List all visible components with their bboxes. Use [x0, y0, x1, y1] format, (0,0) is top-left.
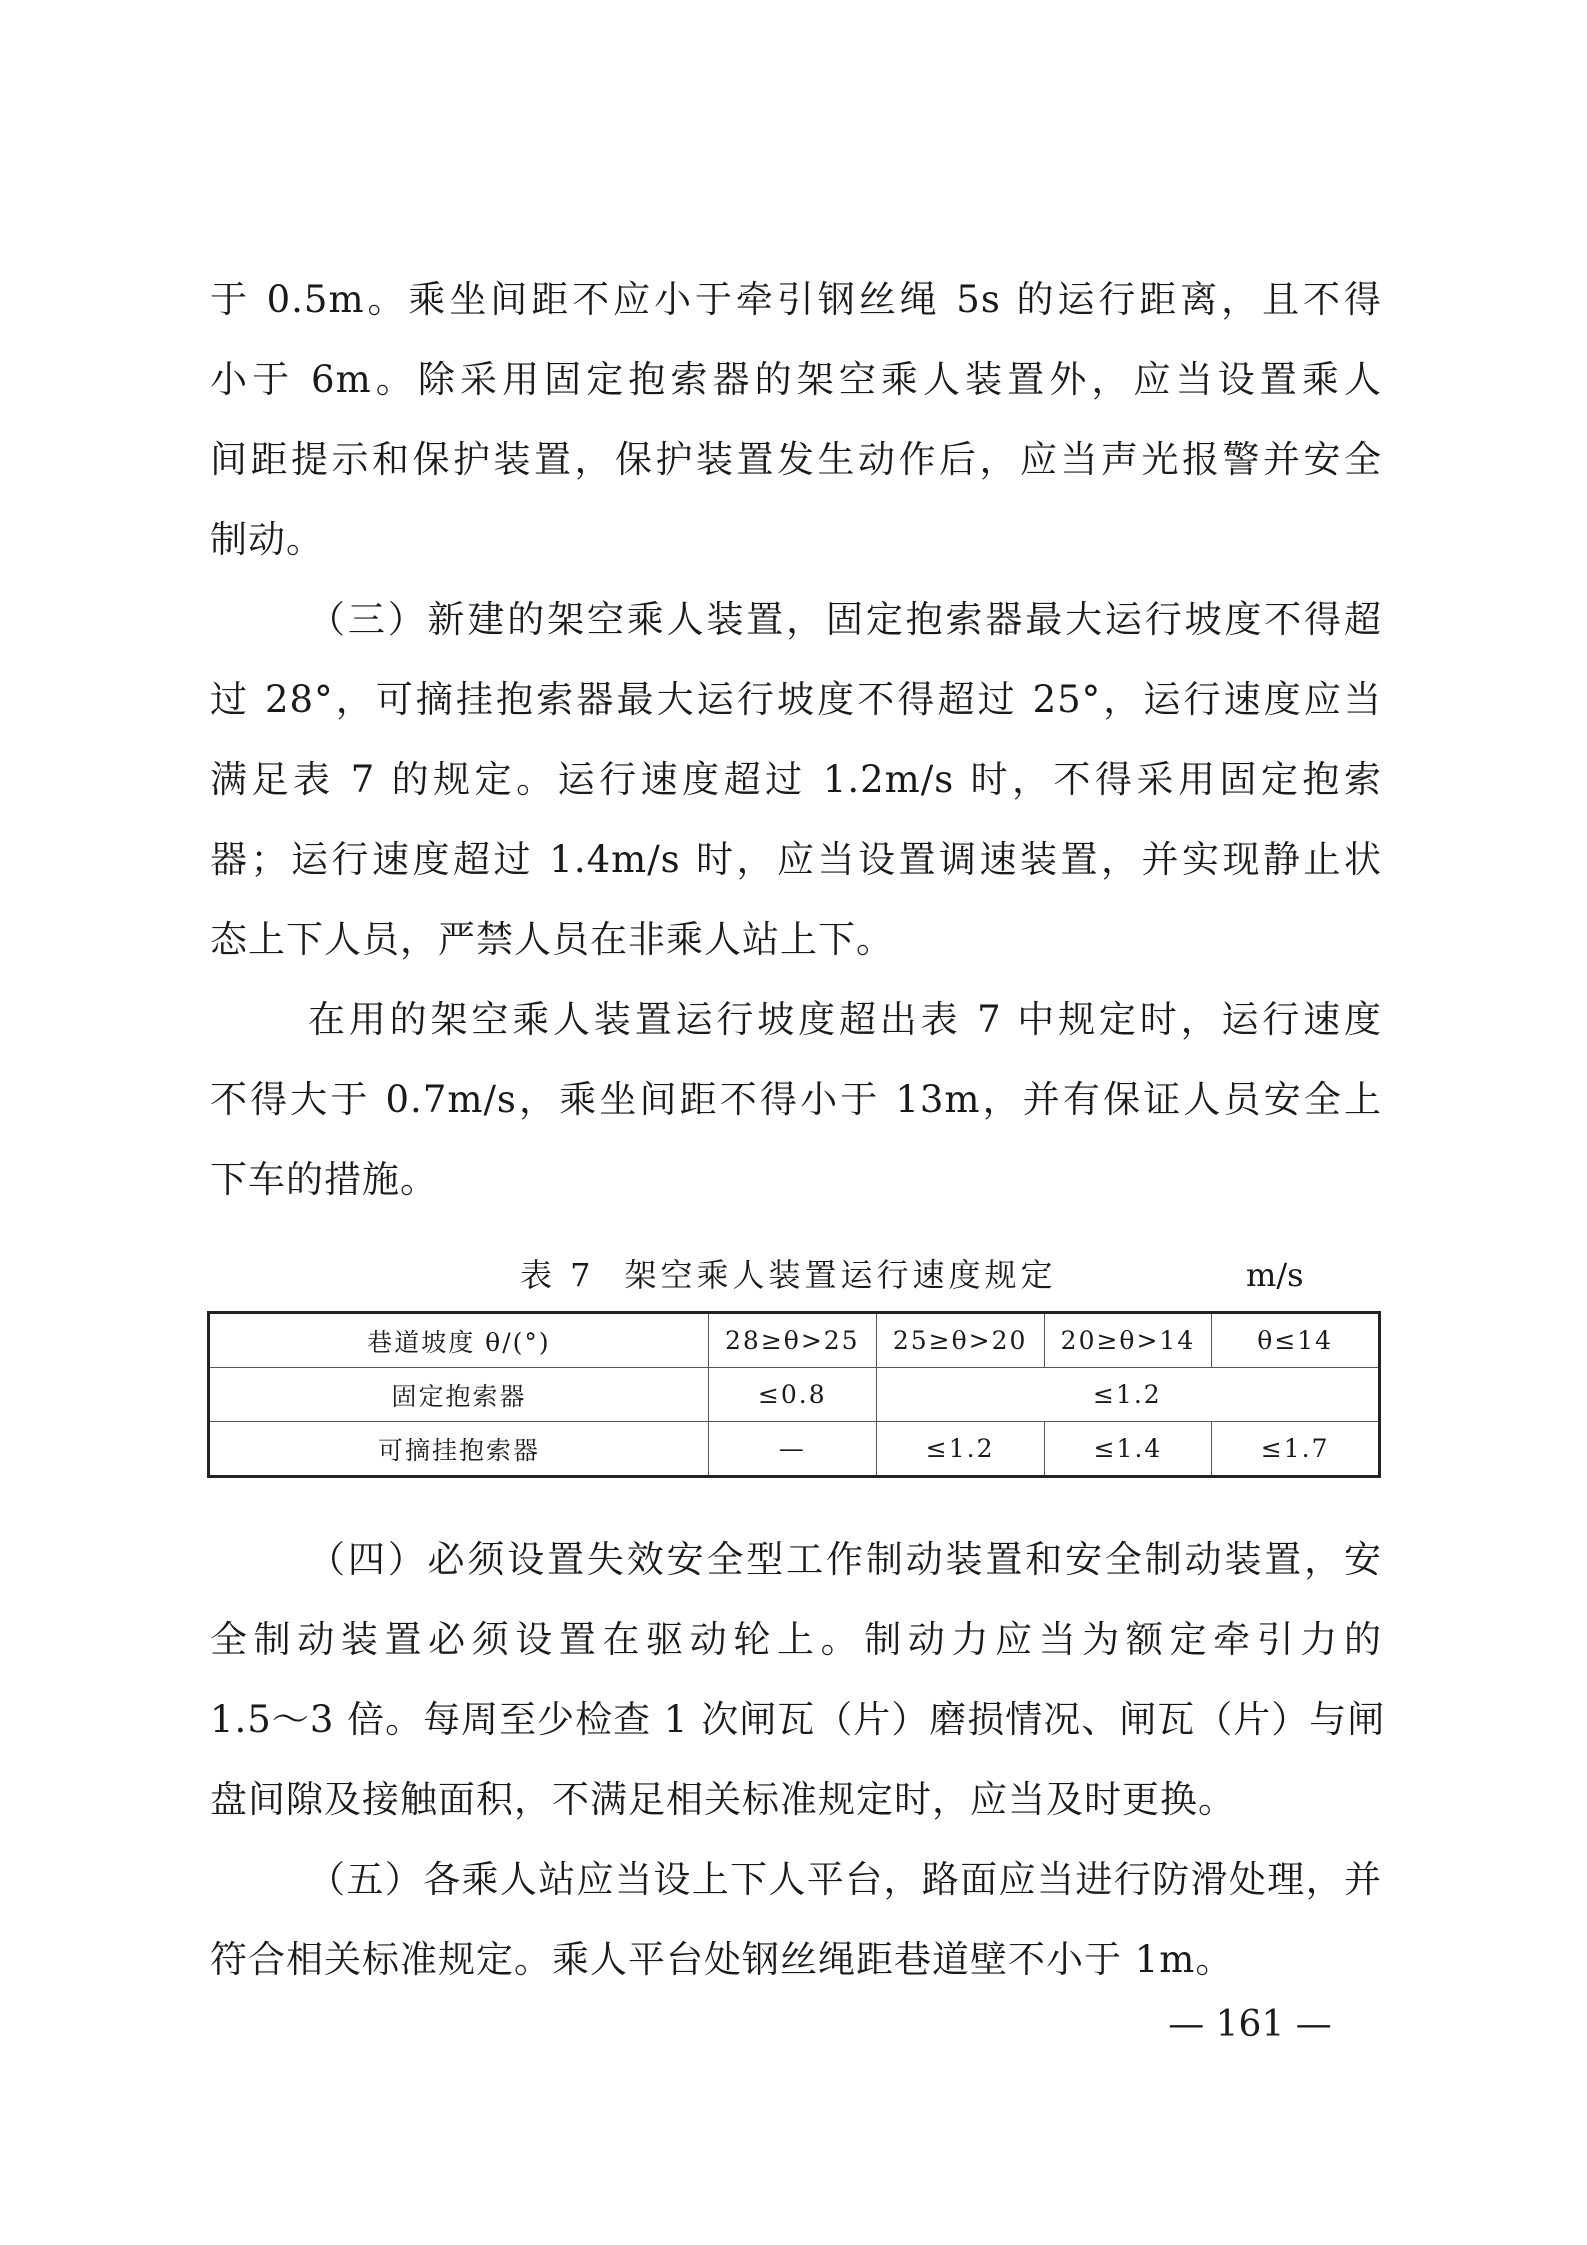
text-line: 制动。 — [210, 518, 324, 562]
table-row-label: 固定抱索器 — [209, 1368, 709, 1422]
table-cell: ≤1.2 — [876, 1368, 1379, 1422]
table-cell: ≤1.4 — [1044, 1422, 1212, 1477]
text-line: 于 0.5m。乘坐间距不应小于牵引钢丝绳 5s 的运行距离，且不得 — [210, 278, 1382, 322]
table-row: 可摘挂抱索器 — ≤1.2 ≤1.4 ≤1.7 — [209, 1422, 1380, 1477]
page-number: — 161 — — [1150, 2005, 1350, 2045]
table-header-row: 巷道坡度 θ/(°) 28≥θ>25 25≥θ>20 20≥θ>14 θ≤14 — [209, 1313, 1380, 1368]
text-line: （三）新建的架空乘人装置，固定抱索器最大运行坡度不得超 — [308, 598, 1382, 642]
text-line: 在用的架空乘人装置运行坡度超出表 7 中规定时，运行速度 — [308, 998, 1382, 1042]
table-cell: ≤1.2 — [876, 1422, 1044, 1477]
text-line: 小于 6m。除采用固定抱索器的架空乘人装置外，应当设置乘人 — [210, 358, 1382, 402]
table-header-cell: 25≥θ>20 — [876, 1313, 1044, 1368]
text-line: 态上下人员，严禁人员在非乘人站上下。 — [210, 918, 894, 962]
text-line: （四）必须设置失效安全型工作制动装置和安全制动装置，安 — [308, 1538, 1382, 1582]
table-cell: ≤0.8 — [708, 1368, 876, 1422]
text-line: 下车的措施。 — [210, 1158, 438, 1202]
text-line: 器；运行速度超过 1.4m/s 时，应当设置调速装置，并实现静止状 — [210, 838, 1382, 882]
text-line: 符合相关标准规定。乘人平台处钢丝绳距巷道壁不小于 1m。 — [210, 1938, 1233, 1982]
table-header-cell: 20≥θ>14 — [1044, 1313, 1212, 1368]
table-unit: m/s — [1246, 1255, 1304, 1295]
table-cell: — — [708, 1422, 876, 1477]
speed-table: 巷道坡度 θ/(°) 28≥θ>25 25≥θ>20 20≥θ>14 θ≤14 … — [207, 1311, 1381, 1478]
text-line: 过 28°，可摘挂抱索器最大运行坡度不得超过 25°，运行速度应当 — [210, 678, 1382, 722]
table-header-cell: 巷道坡度 θ/(°) — [209, 1313, 709, 1368]
table-row-label: 可摘挂抱索器 — [209, 1422, 709, 1477]
text-line: 不得大于 0.7m/s，乘坐间距不得小于 13m，并有保证人员安全上 — [210, 1078, 1382, 1122]
table-caption: 表 7架空乘人装置运行速度规定 — [520, 1255, 1057, 1295]
text-line: 满足表 7 的规定。运行速度超过 1.2m/s 时，不得采用固定抱索 — [210, 758, 1382, 802]
text-line: 盘间隙及接触面积，不满足相关标准规定时，应当及时更换。 — [210, 1778, 1236, 1822]
table-header-cell: θ≤14 — [1212, 1313, 1380, 1368]
text-line: 全制动装置必须设置在驱动轮上。制动力应当为额定牵引力的 — [210, 1618, 1382, 1662]
table-caption-number: 表 7 — [520, 1256, 595, 1294]
table-cell: ≤1.7 — [1212, 1422, 1380, 1477]
table-caption-title: 架空乘人装置运行速度规定 — [625, 1256, 1057, 1294]
table-header-cell: 28≥θ>25 — [708, 1313, 876, 1368]
table-row: 固定抱索器 ≤0.8 ≤1.2 — [209, 1368, 1380, 1422]
text-line: （五）各乘人站应当设上下人平台，路面应当进行防滑处理，并 — [308, 1858, 1382, 1902]
text-line: 1.5～3 倍。每周至少检查 1 次闸瓦（片）磨损情况、闸瓦（片）与闸 — [210, 1698, 1382, 1742]
text-line: 间距提示和保护装置，保护装置发生动作后，应当声光报警并安全 — [210, 438, 1382, 482]
